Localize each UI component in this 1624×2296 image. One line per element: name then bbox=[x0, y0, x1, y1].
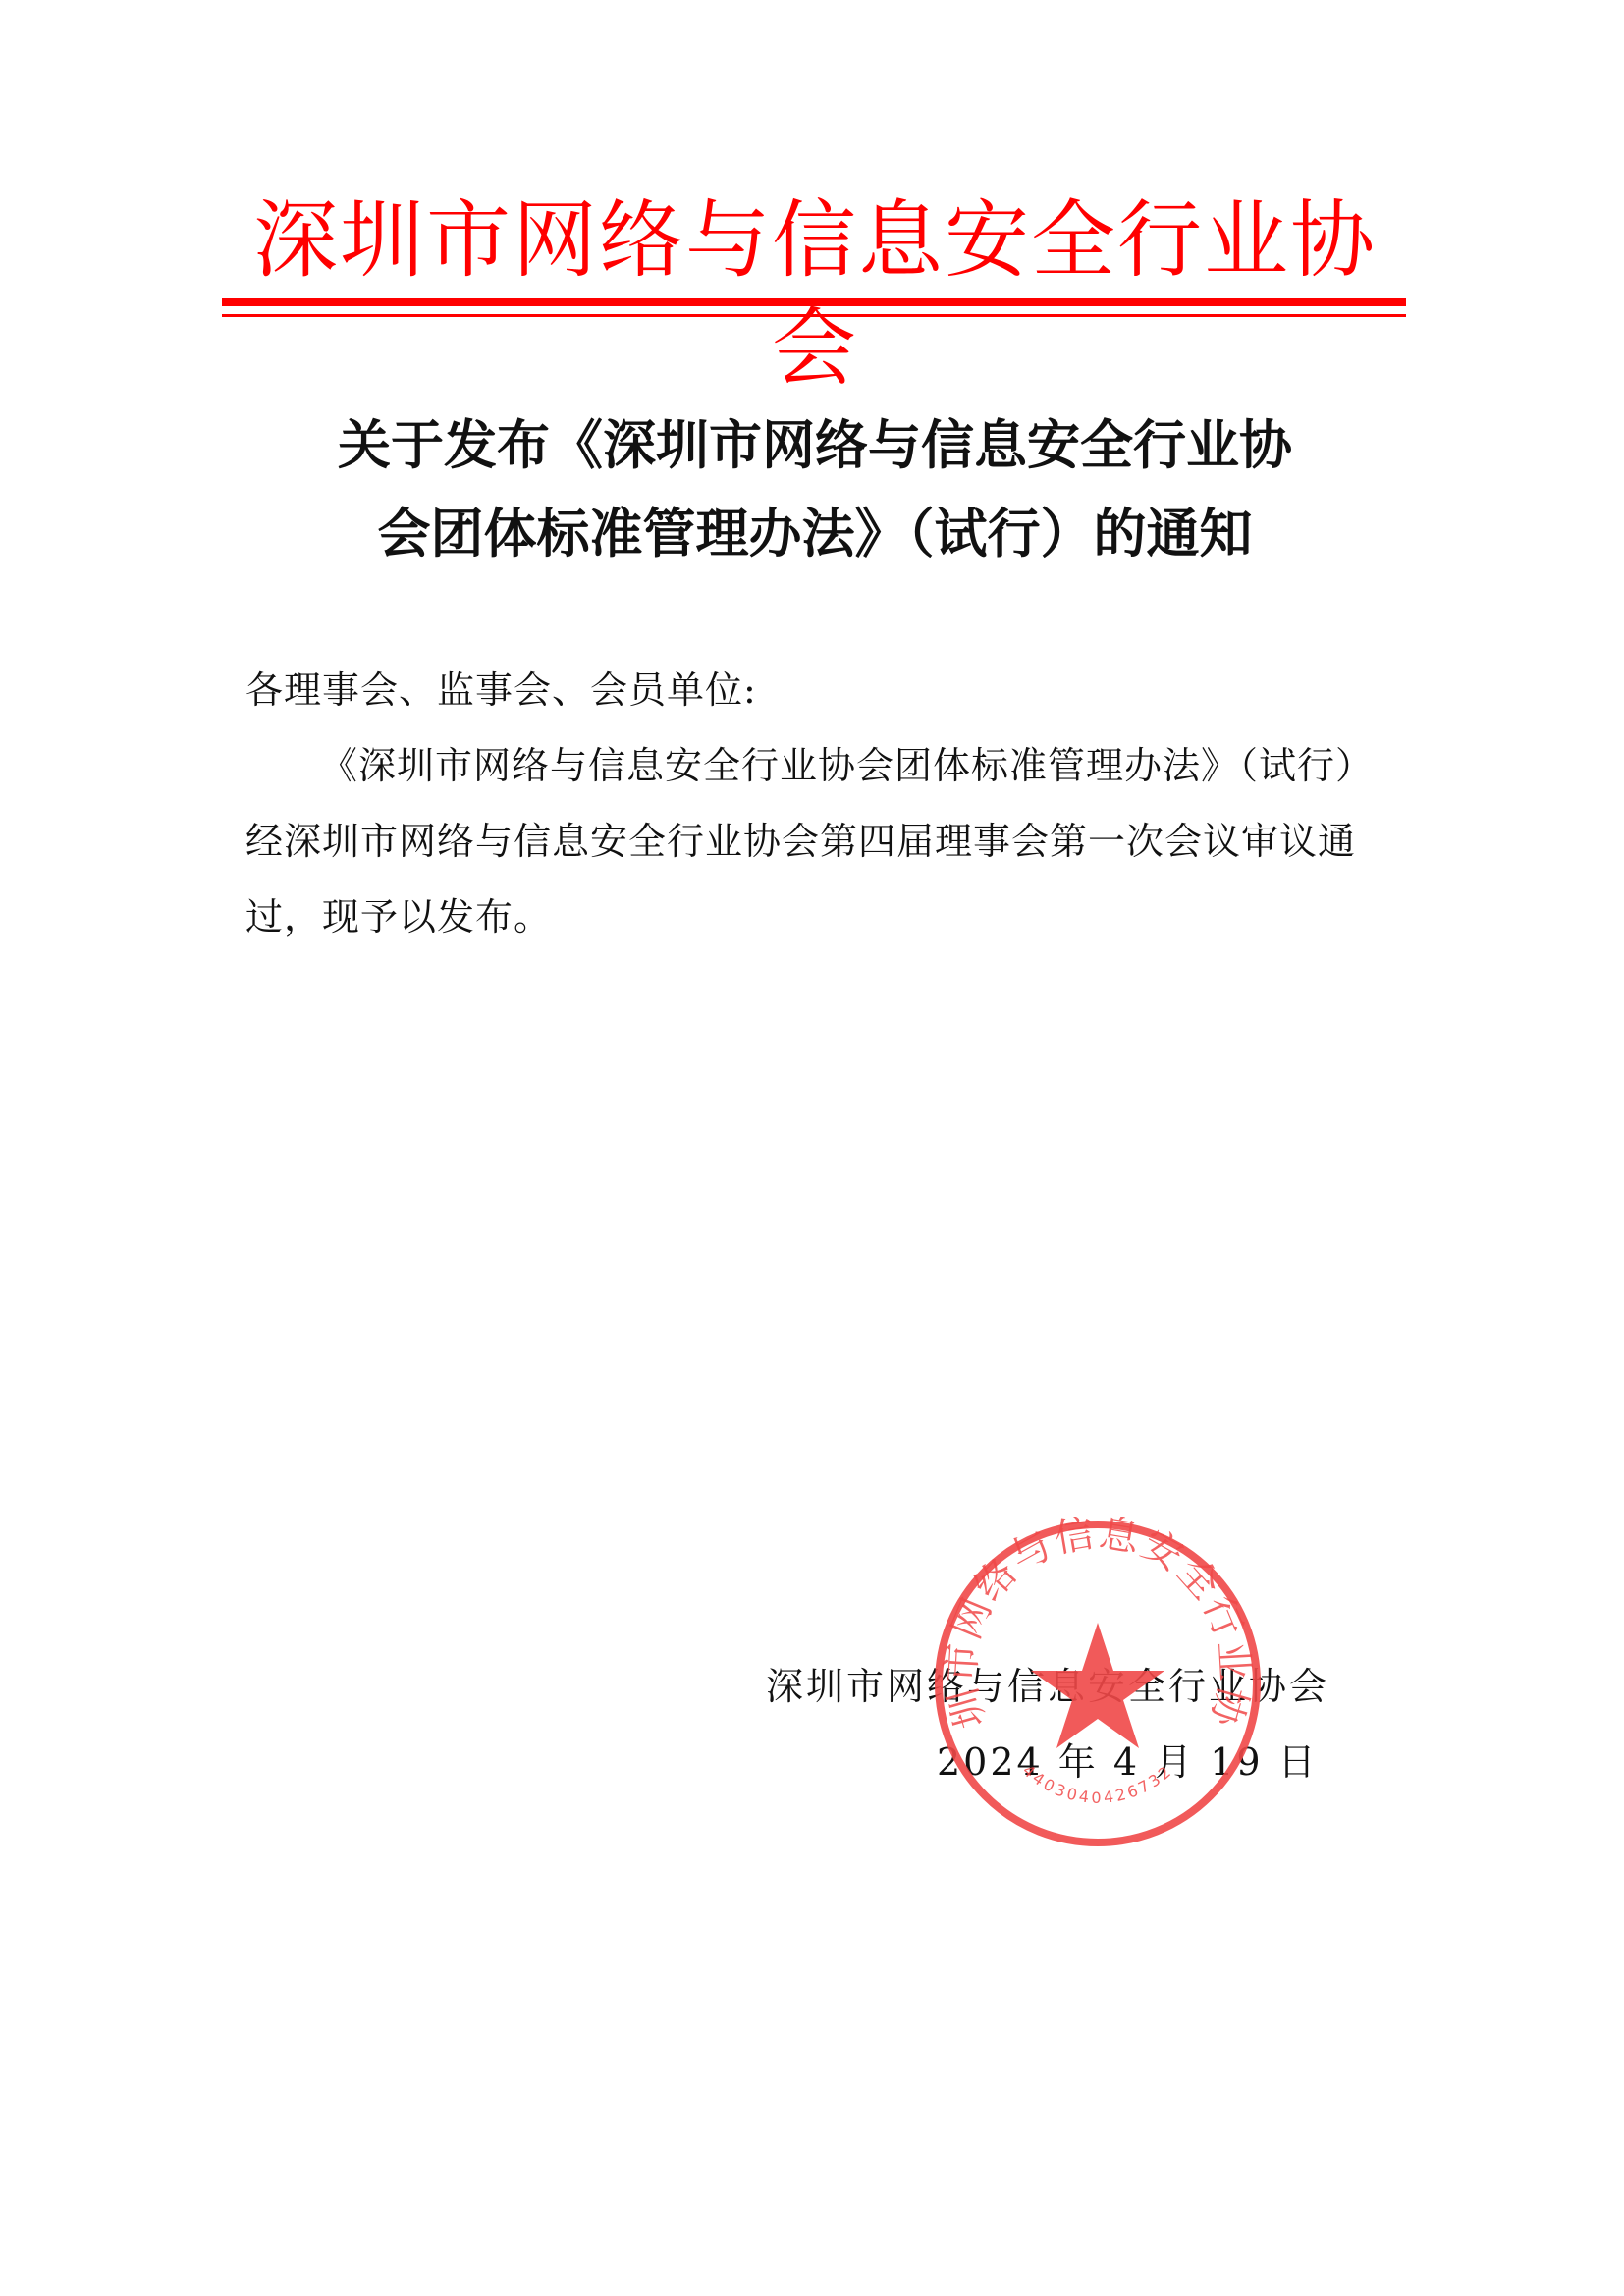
seal-code: 4403040426732 bbox=[1019, 1761, 1176, 1807]
svg-text:4403040426732: 4403040426732 bbox=[1019, 1761, 1176, 1807]
salutation: 各理事会、监事会、会员单位: bbox=[245, 653, 1389, 728]
title-line-2: 会团体标准管理办法》（试行）的通知 bbox=[236, 489, 1394, 577]
document-title: 关于发布《深圳市网络与信息安全行业协 会团体标准管理办法》（试行）的通知 bbox=[236, 400, 1394, 577]
title-line-1: 关于发布《深圳市网络与信息安全行业协 bbox=[236, 400, 1394, 489]
letterhead-org-name: 深圳市网络与信息安全行业协会 bbox=[216, 187, 1414, 402]
letterhead-rule-thin bbox=[222, 314, 1406, 317]
letterhead-rule-thick bbox=[222, 298, 1406, 306]
official-seal-icon: 深圳市网络与信息安全行业协会 4403040426732 bbox=[931, 1517, 1265, 1850]
body-paragraph: 《深圳市网络与信息安全行业协会团体标准管理办法》（试行）经深圳市网络与信息安全行… bbox=[245, 728, 1389, 955]
document-body: 各理事会、监事会、会员单位: 《深圳市网络与信息安全行业协会团体标准管理办法》（… bbox=[245, 653, 1389, 955]
